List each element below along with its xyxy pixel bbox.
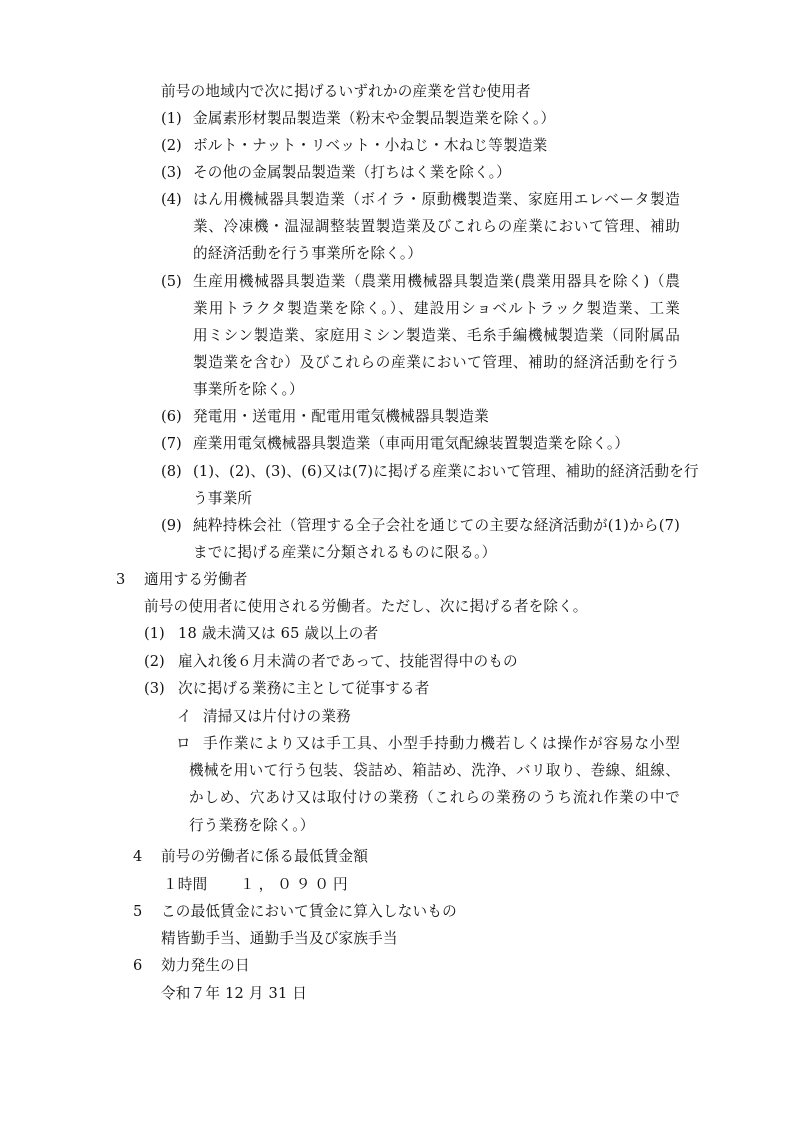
industry-item-2: ボルト・ナット・リベット・小ねじ・木ねじ等製造業 [193, 132, 547, 159]
industries-intro: 前号の地域内で次に掲げるいずれかの産業を営む使用者 [161, 78, 531, 105]
industry-item-5-line-1: 生産用機械器具製造業（農業用機械器具製造業(農業用器具を除く)（農 [193, 268, 680, 295]
item-number: (1) [161, 105, 182, 132]
section-6-title: 効力発生の日 [161, 952, 250, 979]
industry-item-5-line-5: 事業所を除く。） [193, 376, 304, 403]
industry-item-1: 金属素形材製品製造業（粉末や金製品製造業を除く。） [193, 105, 555, 132]
excluded-worker-3: 次に掲げる業務に主として従事する者 [178, 675, 430, 702]
document-page: 前号の地域内で次に掲げるいずれかの産業を営む使用者 (1) 金属素形材製品製造業… [0, 0, 793, 1122]
excluded-task-i: 清掃又は片付けの業務 [203, 703, 351, 730]
item-number: (1) [144, 620, 165, 647]
excluded-worker-1: 18 歳未満又は 65 歳以上の者 [178, 620, 378, 647]
subitem-marker: ロ [176, 730, 191, 757]
industry-item-4-line-2: 業、冷凍機・温湿調整装置製造業及びこれらの産業において管理、補助 [193, 213, 680, 240]
industry-item-4-line-1: はん用機械器具製造業（ボイラ・原動機製造業、家庭用エレベータ製造 [193, 186, 680, 213]
subitem-marker: イ [177, 703, 192, 730]
section-5-title: この最低賃金において賃金に算入しないもの [161, 898, 457, 925]
item-number: (6) [161, 403, 182, 430]
industry-item-5-line-3: 用ミシン製造業、家庭用ミシン製造業、毛糸手編機械製造業（同附属品 [193, 322, 680, 349]
industry-item-9-line-1: 純粋持株会社（管理する全子会社を通じての主要な経済活動が(1)から(7) [193, 512, 680, 539]
item-number: (3) [144, 675, 165, 702]
section-number: 3 [116, 566, 125, 593]
item-number: (2) [161, 132, 182, 159]
industry-item-7: 産業用電気機械器具製造業（車両用電気配線装置製造業を除く。） [193, 430, 629, 457]
excluded-task-ro-line-1: 手作業により又は手工具、小型手持動力機若しくは操作が容易な小型 [203, 730, 680, 757]
item-number: (9) [161, 512, 182, 539]
excluded-task-ro-line-3: かしめ、穴あけ又は取付けの業務（これらの業務のうち流れ作業の中で [189, 784, 680, 811]
minimum-wage-amount: １，０９０円 [240, 871, 352, 898]
industry-item-6: 発電用・送電用・配電用電気機械器具製造業 [193, 403, 489, 430]
item-number: (8) [161, 458, 182, 485]
industry-item-4-line-3: 的経済活動を行う事業所を除く。） [193, 240, 422, 267]
industry-item-9-line-2: までに掲げる産業に分類されるものに限る。） [193, 539, 496, 566]
item-number: (5) [161, 268, 182, 295]
section-number: 5 [133, 898, 142, 925]
excluded-worker-2: 雇入れ後６月未満の者であって、技能習得中のもの [178, 648, 518, 675]
effective-date: 令和７年 12 月 31 日 [161, 980, 307, 1007]
industry-item-5-line-2: 業用トラクタ製造業を除く。）、建設用ショベルトラック製造業、工業 [193, 295, 680, 322]
item-number: (7) [161, 430, 182, 457]
section-3-title: 適用する労働者 [144, 566, 248, 593]
item-number: (3) [161, 159, 182, 186]
item-number: (4) [161, 186, 182, 213]
item-number: (2) [144, 648, 165, 675]
industry-item-3: その他の金属製品製造業（打ちはく業を除く。） [193, 159, 511, 186]
section-number: 4 [133, 843, 142, 870]
wage-unit: １時間 [163, 871, 207, 898]
industry-item-8-line-1: (1)、(2)、(3)、(6)又は(7)に掲げる産業において管理、補助的経済活動… [193, 458, 680, 485]
section-5-body: 精皆勤手当、通勤手当及び家族手当 [161, 925, 398, 952]
section-3-intro: 前号の使用者に使用される労働者。ただし、次に掲げる者を除く。 [144, 593, 588, 620]
industry-item-8-line-2: う事業所 [193, 485, 252, 512]
industry-item-5-line-4: 製造業を含む）及びこれらの産業において管理、補助的経済活動を行う [193, 349, 680, 376]
excluded-task-ro-line-4: 行う業務を除く。） [189, 812, 315, 839]
section-4-title: 前号の労働者に係る最低賃金額 [161, 843, 368, 870]
section-number: 6 [133, 952, 142, 979]
excluded-task-ro-line-2: 機械を用いて行う包装、袋詰め、箱詰め、洗浄、バリ取り、巻線、組線、 [189, 757, 680, 784]
